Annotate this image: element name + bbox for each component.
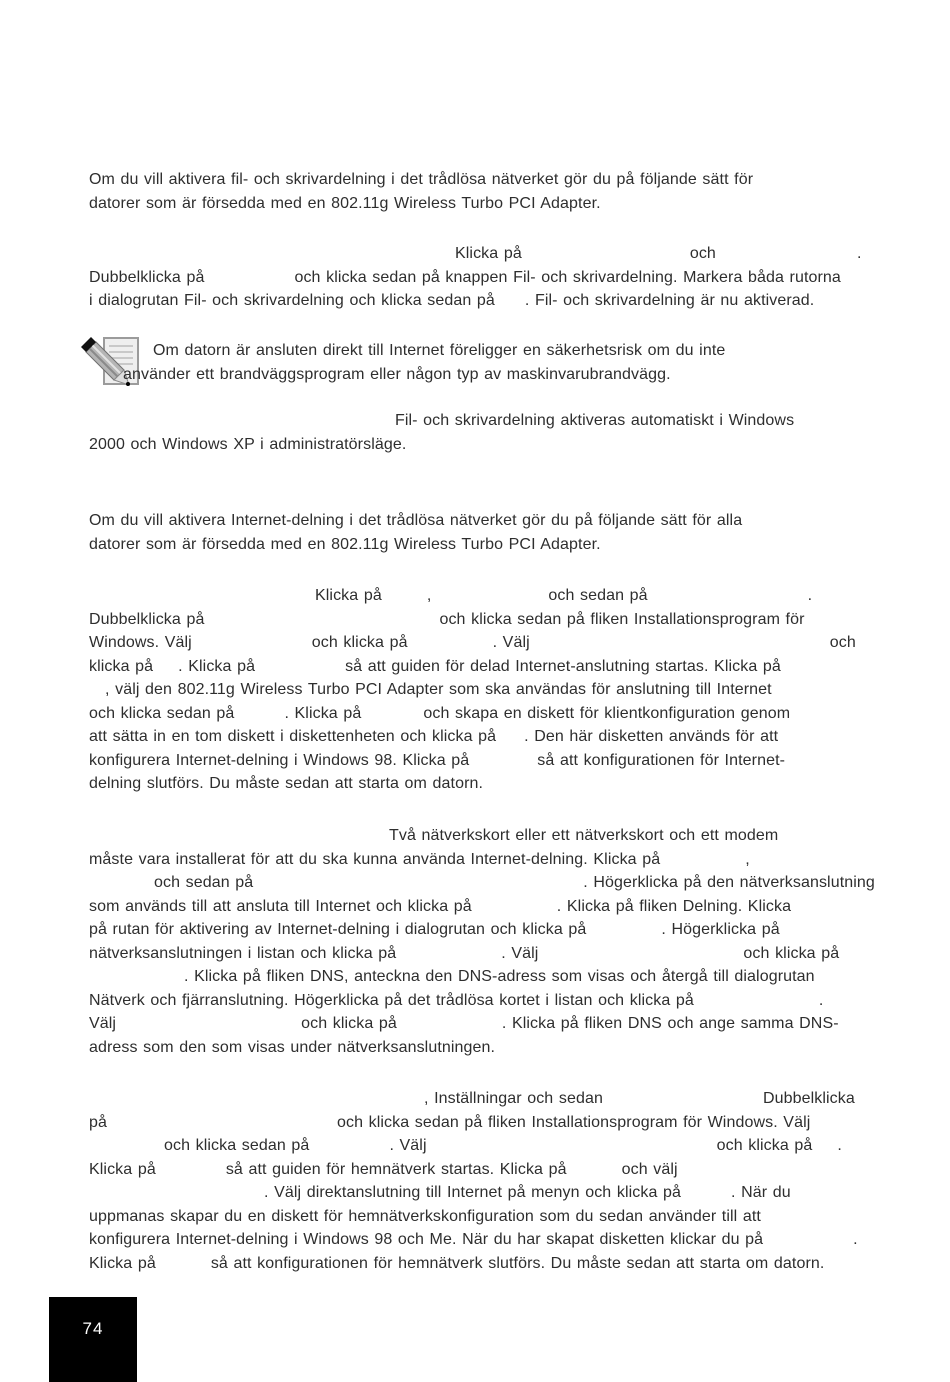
text-line: på rutan för aktivering av Internet-deln…: [89, 918, 875, 942]
text-run: . Välj: [501, 945, 538, 962]
text-line: måste vara installerat för att du ska ku…: [89, 848, 875, 872]
text-run: konfigurera Internet-delning i Windows 9…: [89, 1231, 763, 1248]
text-run: och: [690, 245, 716, 262]
para-internetsharing-win2000: Två nätverkskort eller ett nätverkskort …: [89, 824, 875, 1059]
para-filesharing-steps: Klicka påoch.Dubbelklicka påoch klicka s…: [89, 242, 861, 313]
missing-bold-text-gap: [812, 1149, 837, 1150]
text-line: Fil- och skrivardelning aktiveras automa…: [89, 409, 794, 433]
text-line: Klicka på,och sedan på.: [89, 584, 856, 608]
text-run: Dubbelklicka: [763, 1090, 855, 1107]
text-run: och klicka sedan på knappen Fil- och skr…: [294, 269, 840, 286]
text-run: Windows. Välj: [89, 634, 192, 651]
para-internetsharing-intro: Om du vill aktivera Internet-delning i d…: [89, 509, 742, 556]
text-run: . Klicka på: [178, 658, 255, 675]
text-line: 2000 och Windows XP i administratörsläge…: [89, 433, 794, 457]
missing-bold-text-gap: [427, 1149, 717, 1150]
text-run: adress som den som visas under nätverksa…: [89, 1039, 495, 1056]
text-line: Windows. Väljoch klicka på. Väljoch: [89, 631, 856, 655]
text-line: datorer som är försedda med en 802.11g W…: [89, 533, 742, 557]
text-run: datorer som är försedda med en 802.11g W…: [89, 536, 601, 553]
note-security-warning: Om datorn är ansluten direkt till Intern…: [123, 339, 725, 386]
text-run: och sedan på: [154, 874, 253, 891]
text-run: så att guiden för delad Internet-anslutn…: [345, 658, 781, 675]
text-line: uppmanas skapar du en diskett för hemnät…: [89, 1205, 858, 1229]
text-run: och klicka på: [312, 634, 408, 651]
text-run: . Klicka på: [284, 705, 361, 722]
missing-bold-text-gap: [204, 623, 439, 624]
missing-bold-text-gap: [361, 717, 423, 718]
text-run: .: [808, 587, 813, 604]
missing-bold-text-gap: [255, 670, 345, 671]
missing-bold-text-gap: [763, 1243, 853, 1244]
text-line: nätverksanslutningen i listan och klicka…: [89, 942, 875, 966]
missing-bold-text-gap: [431, 599, 548, 600]
text-run: .: [857, 245, 862, 262]
text-run: . När du: [731, 1184, 791, 1201]
text-run: använder ett brandväggsprogram eller någ…: [123, 366, 671, 383]
text-run: som används till att ansluta till Intern…: [89, 898, 472, 915]
missing-bold-text-gap: [408, 646, 493, 647]
manual-page: { "page": { "number": "74", "background_…: [0, 0, 950, 1382]
page-number: 74: [83, 1319, 104, 1339]
text-line: Nätverk och fjärranslutning. Högerklicka…: [89, 989, 875, 1013]
missing-bold-text-gap: [107, 1126, 337, 1127]
missing-bold-text-gap: [397, 1027, 502, 1028]
para-internetsharing-winme: , Inställningar och sedanDubbelklickapåo…: [89, 1087, 858, 1275]
text-run: . Klicka på fliken Delning. Klicka: [557, 898, 791, 915]
text-run: .: [853, 1231, 858, 1248]
missing-bold-text-gap: [253, 886, 583, 887]
text-run: ,: [745, 851, 750, 868]
missing-bold-text-gap: [89, 693, 105, 694]
missing-bold-text-gap: [116, 1027, 301, 1028]
missing-bold-text-gap: [156, 1173, 226, 1174]
missing-bold-text-gap: [192, 646, 312, 647]
missing-bold-text-gap: [530, 646, 830, 647]
text-run: Klicka på: [89, 1255, 156, 1272]
missing-bold-text-gap: [567, 1173, 622, 1174]
text-run: Fil- och skrivardelning aktiveras automa…: [395, 412, 794, 429]
text-run: och klicka sedan på: [89, 705, 234, 722]
text-run: . Klicka på fliken DNS och ange samma DN…: [502, 1015, 839, 1032]
missing-bold-text-gap: [472, 910, 557, 911]
text-run: Om datorn är ansluten direkt till Intern…: [153, 342, 725, 359]
text-line: , Inställningar och sedanDubbelklicka: [89, 1087, 858, 1111]
text-run: . Välj: [389, 1137, 426, 1154]
text-run: datorer som är försedda med en 802.11g W…: [89, 195, 601, 212]
text-run: . Högerklicka på den nätverksanslutning: [583, 874, 875, 891]
missing-bold-text-gap: [89, 257, 455, 258]
missing-bold-text-gap: [469, 764, 537, 765]
text-run: Två nätverkskort eller ett nätverkskort …: [389, 827, 778, 844]
para-autoshare-note: Fil- och skrivardelning aktiveras automa…: [89, 409, 794, 456]
missing-bold-text-gap: [660, 863, 745, 864]
text-run: . Den här disketten används för att: [524, 728, 778, 745]
text-line: och klicka sedan på. Väljoch klicka på.: [89, 1134, 858, 1158]
text-run: på rutan för aktivering av Internet-deln…: [89, 921, 586, 938]
missing-bold-text-gap: [234, 717, 284, 718]
text-line: Väljoch klicka på. Klicka på fliken DNS …: [89, 1012, 875, 1036]
text-run: Klicka på: [315, 587, 382, 604]
missing-bold-text-gap: [396, 957, 501, 958]
missing-bold-text-gap: [382, 599, 427, 600]
text-line: Om datorn är ansluten direkt till Intern…: [123, 339, 725, 363]
text-line: konfigurera Internet-delning i Windows 9…: [89, 749, 856, 773]
missing-bold-text-gap: [681, 1196, 731, 1197]
missing-bold-text-gap: [694, 1004, 819, 1005]
text-run: att sätta in en tom diskett i diskettenh…: [89, 728, 496, 745]
missing-bold-text-gap: [586, 933, 661, 934]
missing-bold-text-gap: [495, 304, 525, 305]
text-run: Om du vill aktivera fil- och skrivardeln…: [89, 171, 753, 188]
missing-bold-text-gap: [204, 281, 294, 282]
text-run: Klicka på: [89, 1161, 156, 1178]
missing-bold-text-gap: [89, 1196, 264, 1197]
text-run: 2000 och Windows XP i administratörsläge…: [89, 436, 406, 453]
text-line: Om du vill aktivera fil- och skrivardeln…: [89, 168, 753, 192]
text-run: Dubbelklicka på: [89, 269, 204, 286]
text-line: Om du vill aktivera Internet-delning i d…: [89, 509, 742, 533]
text-run: klicka på: [89, 658, 153, 675]
text-run: . Välj direktanslutning till Internet på…: [264, 1184, 681, 1201]
missing-bold-text-gap: [648, 599, 808, 600]
text-run: konfigurera Internet-delning i Windows 9…: [89, 752, 469, 769]
text-run: Dubbelklicka på: [89, 611, 204, 628]
text-run: och klicka sedan på fliken Installations…: [337, 1114, 810, 1131]
missing-bold-text-gap: [89, 980, 184, 981]
missing-bold-text-gap: [522, 257, 690, 258]
text-line: Klicka påså att konfigurationen för hemn…: [89, 1252, 858, 1276]
text-line: Klicka påså att guiden för hemnätverk st…: [89, 1158, 858, 1182]
text-run: så att konfigurationen för hemnätverk sl…: [211, 1255, 825, 1272]
page-text-layer: Om du vill aktivera fil- och skrivardeln…: [0, 0, 950, 1382]
text-line: använder ett brandväggsprogram eller någ…: [123, 363, 725, 387]
text-run: . Högerklicka på: [661, 921, 779, 938]
text-line: . Klicka på fliken DNS, anteckna den DNS…: [89, 965, 875, 989]
para-internetsharing-win98: Klicka på,och sedan på.Dubbelklicka påoc…: [89, 584, 856, 796]
text-run: på: [89, 1114, 107, 1131]
text-line: påoch klicka sedan på fliken Installatio…: [89, 1111, 858, 1135]
text-line: datorer som är försedda med en 802.11g W…: [89, 192, 753, 216]
text-run: . Välj: [493, 634, 530, 651]
text-line: att sätta in en tom diskett i diskettenh…: [89, 725, 856, 749]
text-run: så att guiden för hemnätverk startas. Kl…: [226, 1161, 567, 1178]
text-line: som används till att ansluta till Intern…: [89, 895, 875, 919]
text-run: . Klicka på fliken DNS, anteckna den DNS…: [184, 968, 815, 985]
missing-bold-text-gap: [123, 354, 153, 355]
text-line: , välj den 802.11g Wireless Turbo PCI Ad…: [89, 678, 856, 702]
text-run: och klicka på: [743, 945, 839, 962]
text-line: klicka på. Klicka påså att guiden för de…: [89, 655, 856, 679]
missing-bold-text-gap: [603, 1102, 763, 1103]
text-line: och klicka sedan på. Klicka påoch skapa …: [89, 702, 856, 726]
text-run: Nätverk och fjärranslutning. Högerklicka…: [89, 992, 694, 1009]
missing-bold-text-gap: [89, 1102, 424, 1103]
text-run: .: [837, 1137, 842, 1154]
missing-bold-text-gap: [716, 257, 857, 258]
text-line: konfigurera Internet-delning i Windows 9…: [89, 1228, 858, 1252]
text-run: Klicka på: [455, 245, 522, 262]
text-line: . Välj direktanslutning till Internet på…: [89, 1181, 858, 1205]
missing-bold-text-gap: [89, 1149, 164, 1150]
missing-bold-text-gap: [89, 599, 315, 600]
text-line: och sedan på. Högerklicka på den nätverk…: [89, 871, 875, 895]
text-run: och klicka sedan på: [164, 1137, 309, 1154]
missing-bold-text-gap: [153, 670, 178, 671]
text-run: , Inställningar och sedan: [424, 1090, 603, 1107]
text-run: uppmanas skapar du en diskett för hemnät…: [89, 1208, 761, 1225]
text-run: och: [830, 634, 856, 651]
text-run: i dialogrutan Fil- och skrivardelning oc…: [89, 292, 495, 309]
page-number-box: 74: [49, 1297, 137, 1382]
text-run: nätverksanslutningen i listan och klicka…: [89, 945, 396, 962]
missing-bold-text-gap: [309, 1149, 389, 1150]
text-run: och klicka sedan på fliken Installations…: [439, 611, 804, 628]
text-run: delning slutförs. Du måste sedan att sta…: [89, 775, 483, 792]
text-line: Två nätverkskort eller ett nätverkskort …: [89, 824, 875, 848]
text-run: Om du vill aktivera Internet-delning i d…: [89, 512, 742, 529]
text-run: så att konfigurationen för Internet-: [537, 752, 785, 769]
text-line: Dubbelklicka påoch klicka sedan på flike…: [89, 608, 856, 632]
text-run: och sedan på: [548, 587, 647, 604]
missing-bold-text-gap: [89, 886, 154, 887]
text-run: .: [819, 992, 824, 1009]
missing-bold-text-gap: [89, 424, 395, 425]
text-line: Dubbelklicka påoch klicka sedan på knapp…: [89, 266, 861, 290]
text-line: Klicka påoch.: [89, 242, 861, 266]
text-run: och klicka på: [717, 1137, 813, 1154]
text-run: . Fil- och skrivardelning är nu aktivera…: [525, 292, 814, 309]
text-run: och skapa en diskett för klientkonfigura…: [423, 705, 790, 722]
missing-bold-text-gap: [496, 740, 524, 741]
text-run: ,: [427, 587, 432, 604]
text-line: delning slutförs. Du måste sedan att sta…: [89, 772, 856, 796]
missing-bold-text-gap: [89, 839, 389, 840]
missing-bold-text-gap: [538, 957, 743, 958]
text-run: och välj: [622, 1161, 678, 1178]
text-run: Välj: [89, 1015, 116, 1032]
text-line: adress som den som visas under nätverksa…: [89, 1036, 875, 1060]
text-run: och klicka på: [301, 1015, 397, 1032]
text-run: , välj den 802.11g Wireless Turbo PCI Ad…: [105, 681, 772, 698]
text-line: i dialogrutan Fil- och skrivardelning oc…: [89, 289, 861, 313]
para-filesharing-intro: Om du vill aktivera fil- och skrivardeln…: [89, 168, 753, 215]
missing-bold-text-gap: [156, 1267, 211, 1268]
text-run: måste vara installerat för att du ska ku…: [89, 851, 660, 868]
